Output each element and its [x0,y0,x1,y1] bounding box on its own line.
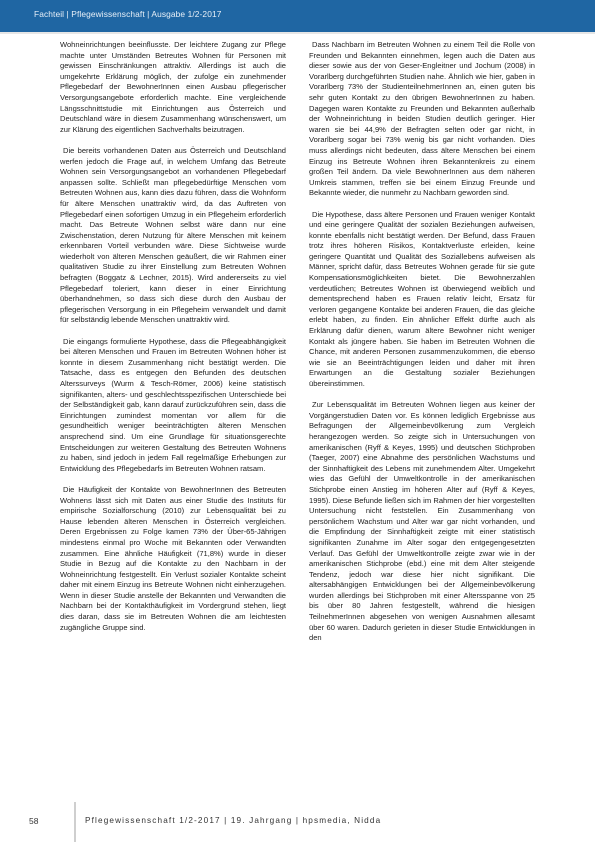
paragraph: Dass Nachbarn im Betreuten Wohnen zu ein… [309,40,535,199]
paragraph: Wohneinrichtungen beeinflusste. Der leic… [60,40,286,135]
paragraph: Die Häufigkeit der Kontakte von Bewohner… [60,485,286,633]
right-text-column: Dass Nachbarn im Betreuten Wohnen zu ein… [309,40,535,654]
publication-info: Pflegewissenschaft 1/2-2017 | 19. Jahrga… [85,816,381,825]
running-header: Fachteil | Pflegewissenschaft | Ausgabe … [0,0,595,34]
page-number: 58 [29,816,38,826]
footer-divider [74,802,76,842]
paragraph: Zur Lebensqualität im Betreuten Wohnen l… [309,400,535,644]
left-text-column: Wohneinrichtungen beeinflusste. Der leic… [60,40,286,644]
running-header-title: Fachteil | Pflegewissenschaft | Ausgabe … [34,9,221,19]
paragraph: Die bereits vorhandenen Daten aus Österr… [60,146,286,326]
page-footer: 58 Pflegewissenschaft 1/2-2017 | 19. Jah… [0,800,595,842]
paragraph: Die eingangs formulierte Hypothese, dass… [60,337,286,475]
paragraph: Die Hypothese, dass ältere Personen und … [309,210,535,390]
